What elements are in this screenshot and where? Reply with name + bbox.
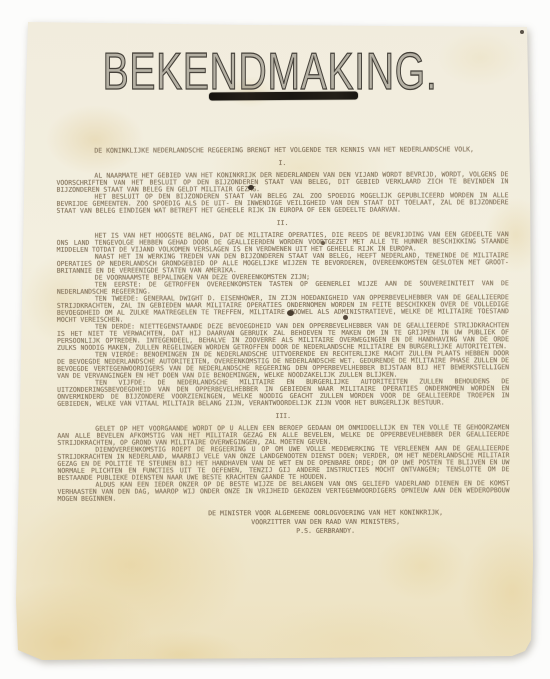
corner-speck [520, 30, 524, 34]
ink-speck [287, 310, 294, 316]
redaction-bar-icon [209, 91, 358, 100]
body-paragraph: HET BESLUIT OP DEN BIJZONDEREN STAAT VAN… [56, 192, 508, 215]
intro-line: DE KONINKLIJKE NEDERLANDSCHE REGEERING B… [56, 146, 508, 155]
sections-container: I.AL NAARMATE HET GEBIED VAN HET KONINKR… [56, 159, 509, 503]
ink-speck [343, 315, 348, 320]
scanned-document: BEKENDMAKING. DE KONINKLIJKE NEDERLANDSC… [0, 0, 550, 679]
section-heading: I. [56, 159, 508, 168]
paper-sheet: BEKENDMAKING. DE KONINKLIJKE NEDERLANDSC… [0, 0, 550, 679]
body-paragraph: NAAST HET IN WERKING TREDEN VAN DEN BIJZ… [57, 252, 509, 275]
document-body: DE KONINKLIJKE NEDERLANDSCHE REGEERING B… [56, 146, 509, 537]
body-paragraph: TEN TWEEDE: GENERAAL DWIGHT D. EISENHOWE… [57, 294, 509, 324]
ink-speck [321, 241, 325, 245]
body-paragraph: TEN VIERDE: BENOEMINGEN IN DE NEDERLANDS… [57, 350, 509, 380]
section-heading: III. [57, 412, 509, 421]
section-heading: II. [57, 219, 509, 228]
signature-line: P.S. GERBRANDY. [142, 526, 510, 536]
body-paragraph: TEN VIJFDE: DE NEDERLANDSCHE MILITAIRE E… [57, 378, 509, 408]
body-paragraph: HET IS VAN HET HOOGSTE BELANG, DAT DE MI… [57, 231, 509, 254]
body-paragraph: AL NAARMATE HET GEBIED VAN HET KONINKRIJ… [56, 171, 508, 194]
body-paragraph: GELET OP HET VOORGAANDE WORDT OP U ALLEN… [57, 424, 509, 447]
closing-block: DE MINISTER VOOR ALGEMEENE OORLOGVOERING… [58, 508, 510, 537]
body-paragraph: DIENOVEREENKOMSTIG ROEPT DE REGEERING U … [57, 445, 509, 482]
body-paragraph: ALDUS KAN EEN IEDER ONZER OP DE BESTE WI… [57, 480, 509, 503]
body-paragraph: TEN DERDE: NIETTEGENSTAANDE DEZE BEVOEGD… [57, 322, 509, 352]
ink-speck [248, 185, 254, 190]
